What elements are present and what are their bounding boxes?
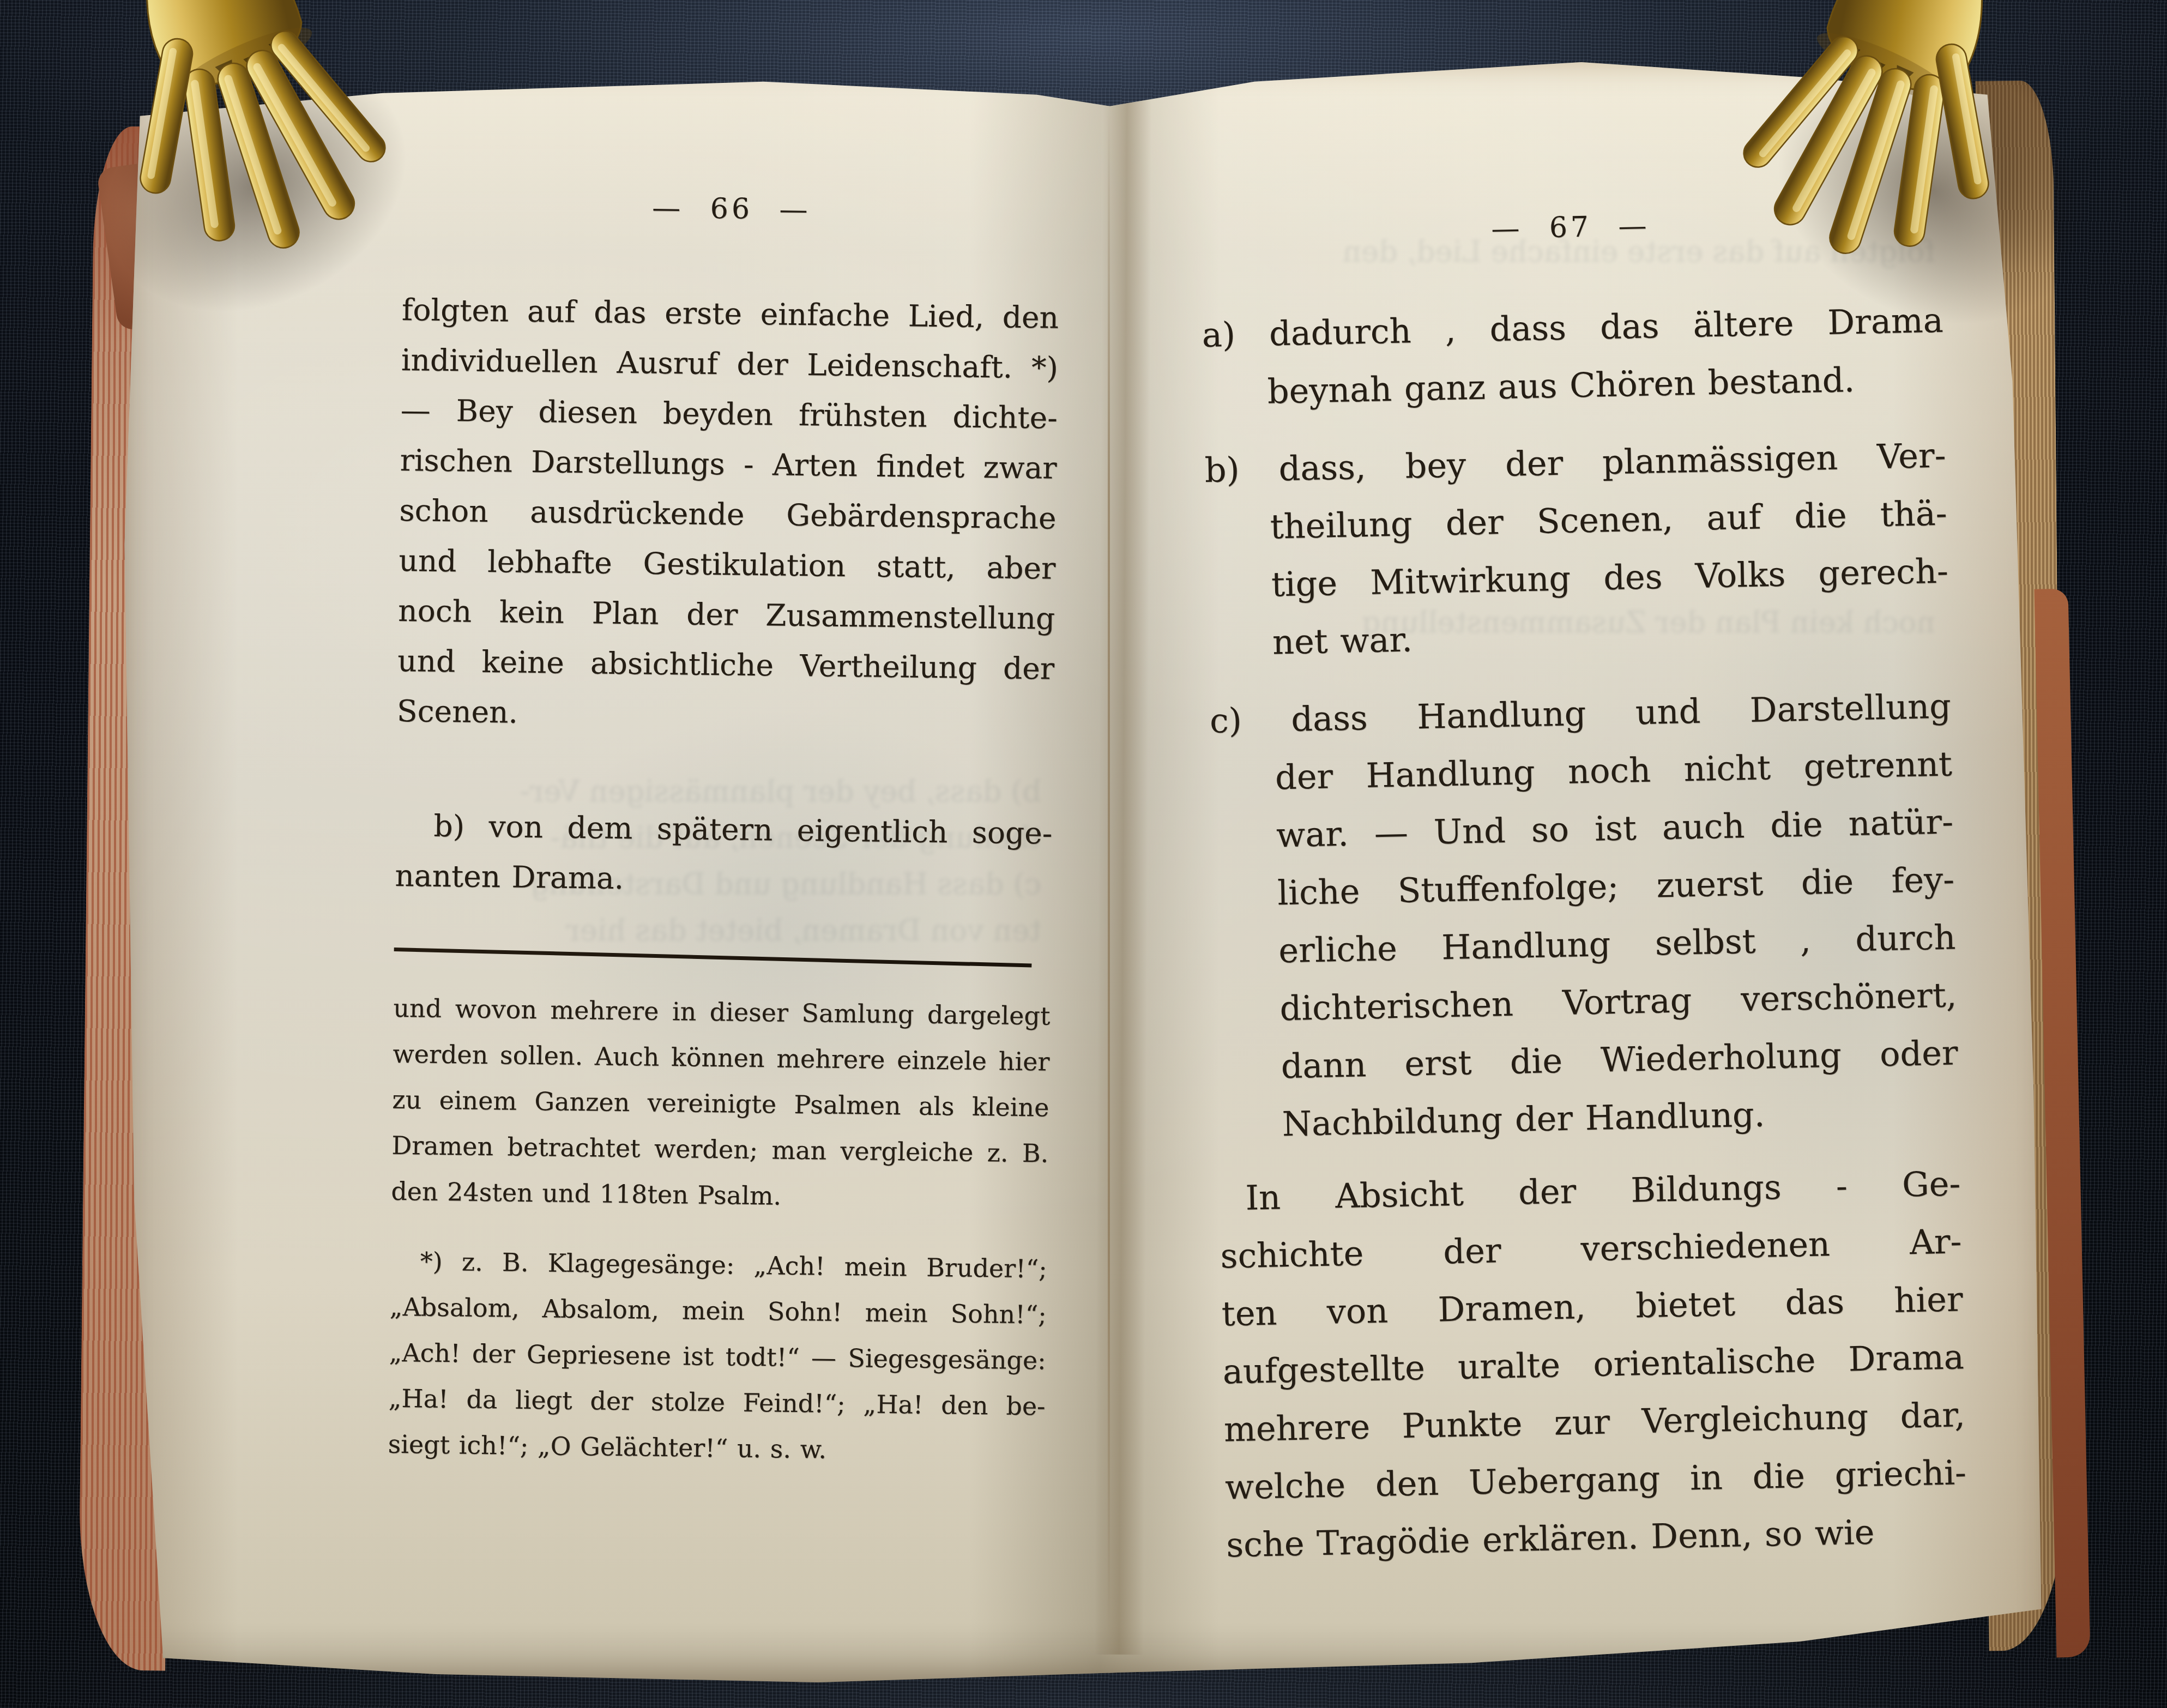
- text-line: b) von dem spätern eigentlich soge-: [433, 801, 1053, 859]
- paragraph-in-absicht: In Absicht der Bildungs - Ge-schichte de…: [1218, 1155, 1968, 1574]
- text-line: — Bey diesen beyden frühsten dichte-: [400, 385, 1058, 443]
- paragraph-main-left: folgten auf das erste einfache Lied, den…: [397, 285, 1059, 744]
- footnote-continuation: und wovon mehrere in dieser Samlung darg…: [391, 985, 1051, 1222]
- list-item-c: c) dass Handlung und Darstellungder Hand…: [1209, 678, 1960, 1155]
- book-gutter-crease: [1108, 106, 1110, 1639]
- text-line: schon ausdrückende Gebärdensprache: [399, 485, 1057, 544]
- text-line: rischen Darstellungs - Arten findet zwar: [400, 435, 1057, 493]
- footnote-separator-rule: [394, 947, 1032, 968]
- text-line: „Absalom, Absalom, mein Sohn! mein Sohn!…: [389, 1284, 1047, 1338]
- text-line: nanten Drama.: [395, 850, 1052, 909]
- book-gutter: [1094, 90, 1151, 1655]
- page-left-text: — 66 — folgten auf das erste einfache Li…: [388, 180, 1060, 1475]
- text-line: und lebhafte Gestikulation statt, aber: [399, 535, 1056, 594]
- text-line: „Ha! da liegt der stolze Feind!“; „Ha! d…: [388, 1375, 1046, 1429]
- text-line: *) z. B. Klagegesänge: „Ach! mein Bruder…: [420, 1239, 1047, 1292]
- thumb: [138, 37, 195, 196]
- text-line: werden sollen. Auch können mehrere einze…: [393, 1031, 1050, 1085]
- text-line: Scenen.: [397, 686, 1054, 744]
- text-line: und wovon mehrere in dieser Samlung darg…: [393, 985, 1051, 1039]
- thumb: [1934, 42, 1991, 201]
- text-line: noch kein Plan der Zusammenstellung: [398, 586, 1055, 644]
- paragraph-item-b-left: b) von dem spätern eigentlich soge-nante…: [395, 800, 1053, 909]
- list-item-b: b) dass, bey der planmässigen Ver-theilu…: [1204, 427, 1950, 673]
- text-line: siegt ich!“; „O Gelächter!“ u. s. w.: [388, 1421, 1045, 1475]
- footnote-asterisk: *) z. B. Klagegesänge: „Ach! mein Bruder…: [388, 1238, 1047, 1475]
- text-line: und keine absichtliche Vertheilung der: [397, 636, 1055, 694]
- text-line: den 24sten und 118ten Psalm.: [391, 1168, 1048, 1222]
- text-line: Dramen betrachtet werden; man vergleiche…: [391, 1122, 1049, 1176]
- text-line: „Ach! der Gepriesene ist todt!“ — Sieges…: [389, 1330, 1046, 1384]
- text-line: zu einem Ganzen vereinigte Psalmen als k…: [392, 1077, 1049, 1131]
